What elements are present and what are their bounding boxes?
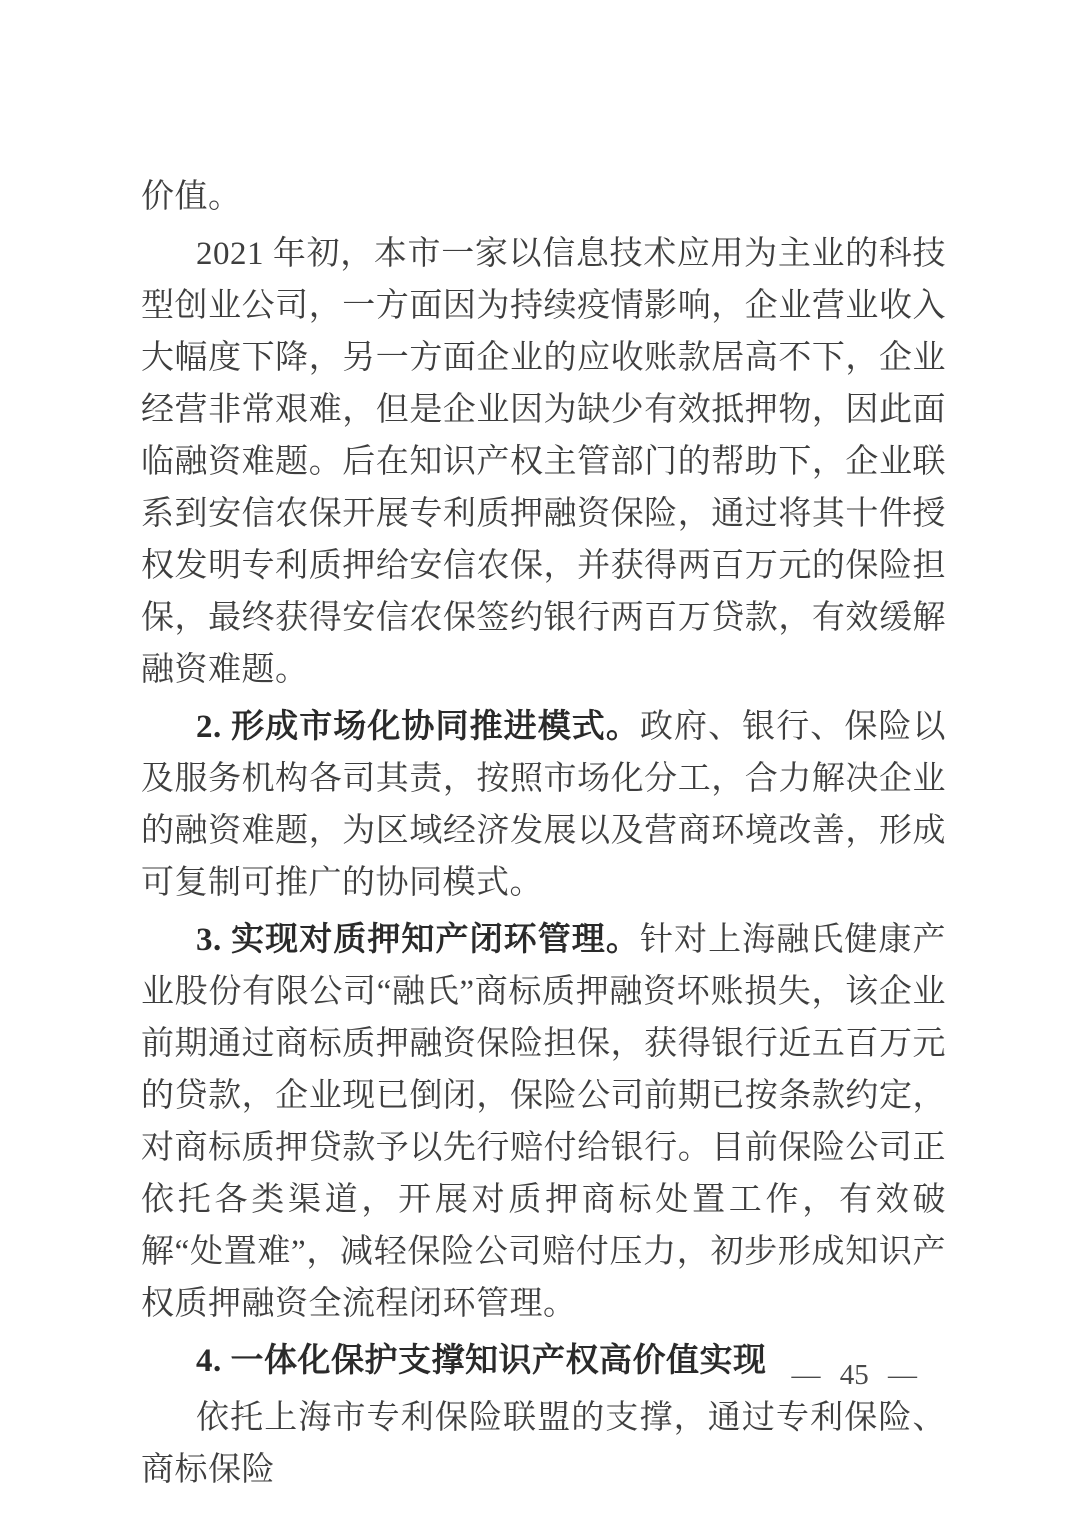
document-page: 价值。 2021 年初，本市一家以信息技术应用为主业的科技型创业公司，一方面因为…	[0, 0, 1080, 1527]
paragraph-case-2021: 2021 年初，本市一家以信息技术应用为主业的科技型创业公司，一方面因为持续疫情…	[141, 228, 946, 696]
run-in-heading-point-4: 4. 一体化保护支撑知识产权高价值实现	[196, 1343, 767, 1379]
run-in-heading-point-3: 3. 实现对质押知产闭环管理。	[196, 922, 640, 958]
page-number: — 45 —	[792, 1359, 918, 1391]
paragraph-text: 2021 年初，本市一家以信息技术应用为主业的科技型创业公司，一方面因为持续疫情…	[141, 236, 946, 688]
paragraph-point-4-body: 依托上海市专利保险联盟的支撑，通过专利保险、商标保险	[141, 1392, 946, 1496]
document-body: 价值。 2021 年初，本市一家以信息技术应用为主业的科技型创业公司，一方面因为…	[141, 171, 946, 1501]
paragraph-text: 依托上海市专利保险联盟的支撑，通过专利保险、商标保险	[141, 1400, 946, 1488]
paragraph-point-2: 2. 形成市场化协同推进模式。政府、银行、保险以及服务机构各司其责，按照市场化分…	[141, 701, 946, 909]
paragraph-text: 针对上海融氏健康产业股份有限公司“融氏”商标质押融资坏账损失，该企业前期通过商标…	[141, 922, 946, 1322]
paragraph-point-3: 3. 实现对质押知产闭环管理。针对上海融氏健康产业股份有限公司“融氏”商标质押融…	[141, 914, 946, 1330]
paragraph-carryover: 价值。	[141, 171, 946, 223]
page-footer: — 45 —	[792, 1356, 918, 1394]
paragraph-text: 价值。	[141, 179, 242, 215]
run-in-heading-point-2: 2. 形成市场化协同推进模式。	[196, 709, 640, 745]
